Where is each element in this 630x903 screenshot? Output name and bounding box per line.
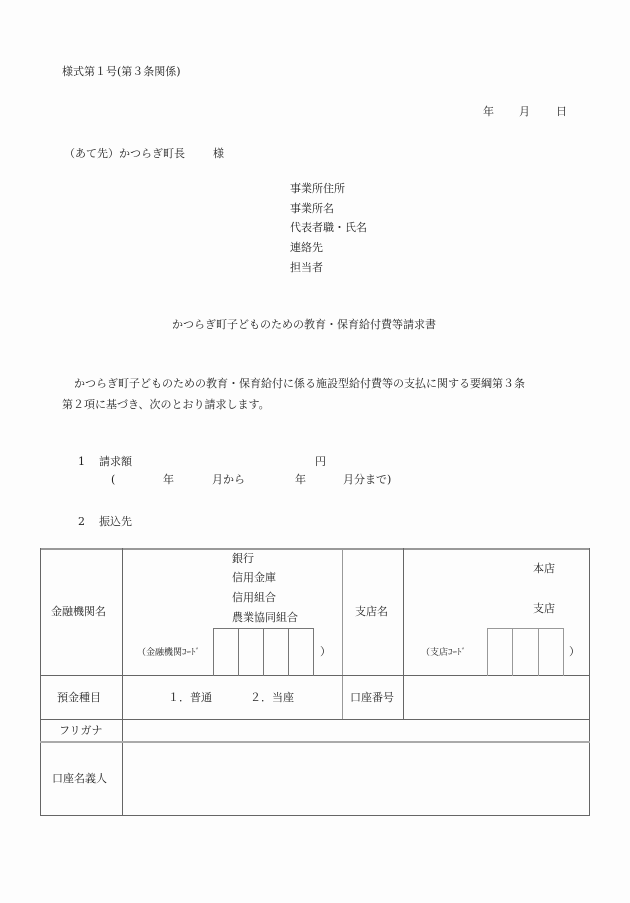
account-number-label: 口座番号	[350, 691, 394, 705]
bank-code-label: （金融機関ｺｰﾄﾞ	[137, 646, 200, 660]
section1-number: 1	[78, 455, 85, 469]
branch-type-head-office: 本店	[533, 562, 555, 576]
bank-code-digit-2[interactable]	[238, 628, 264, 676]
section1-label: 請求額	[99, 455, 132, 469]
bank-type-shinkin: 信用金庫	[232, 571, 276, 585]
field-business-address: 事業所住所	[290, 182, 345, 196]
branch-type-branch: 支店	[533, 602, 555, 616]
bank-code-digit-4[interactable]	[288, 628, 314, 676]
document-title: かつらぎ町子どものための教育・保育給付費等請求書	[172, 318, 436, 332]
body-line-2: 第２項に基づき、次のとおり請求します。	[62, 398, 270, 412]
table-right-border	[589, 548, 590, 816]
date-year: 年	[483, 105, 494, 119]
branch-code-label: （支店ｺｰﾄﾞ	[421, 646, 466, 660]
bank-type-bank: 銀行	[232, 552, 254, 566]
form-number: 様式第１号(第３条関係)	[62, 65, 181, 79]
field-person-in-charge: 担当者	[290, 261, 323, 275]
deposit-option-ordinary[interactable]: １．普通	[168, 691, 212, 705]
account-holder-label: 口座名義人	[52, 772, 107, 786]
date-month: 月	[519, 105, 530, 119]
bank-name-label: 金融機関名	[51, 605, 106, 619]
bank-code-digit-1[interactable]	[213, 628, 239, 676]
period-year-from: 年	[163, 473, 174, 487]
branch-name-label: 支店名	[355, 605, 388, 619]
table-left-border	[40, 548, 41, 816]
addressee-prefix: （あて先）かつらぎ町長	[64, 147, 185, 161]
account-number-field[interactable]	[404, 676, 589, 719]
col-divider-2	[342, 548, 343, 719]
addressee-honorific: 様	[213, 147, 224, 161]
account-holder-field[interactable]	[123, 743, 589, 815]
bank-code-close: ）	[320, 645, 331, 659]
field-contact: 連絡先	[290, 241, 323, 255]
bank-type-credit-union: 信用組合	[232, 591, 276, 605]
section2-number: 2	[78, 515, 85, 529]
field-representative: 代表者職・氏名	[290, 221, 367, 235]
bank-code-digit-3[interactable]	[263, 628, 289, 676]
date-day: 日	[556, 105, 567, 119]
branch-code-digit-3[interactable]	[538, 628, 564, 676]
period-month-from: 月から	[212, 473, 245, 487]
period-year-to: 年	[295, 473, 306, 487]
field-business-name: 事業所名	[290, 202, 334, 216]
branch-code-digit-2[interactable]	[512, 628, 539, 676]
body-line-1: かつらぎ町子どものための教育・保育給付に係る施設型給付費等の支払に関する要綱第３…	[74, 377, 525, 391]
bank-type-agricultural-coop: 農業協同組合	[232, 611, 298, 625]
branch-code-digit-1[interactable]	[487, 628, 513, 676]
section2-label: 振込先	[99, 515, 132, 529]
furigana-field[interactable]	[123, 720, 589, 741]
furigana-label: フリガナ	[59, 724, 102, 738]
deposit-type-label: 預金種目	[57, 691, 101, 705]
period-month-to: 月分まで)	[343, 473, 391, 487]
yen-unit: 円	[315, 455, 326, 469]
deposit-option-current[interactable]: ２．当座	[250, 691, 294, 705]
period-open: (	[111, 473, 115, 487]
branch-code-close: ）	[569, 645, 580, 659]
